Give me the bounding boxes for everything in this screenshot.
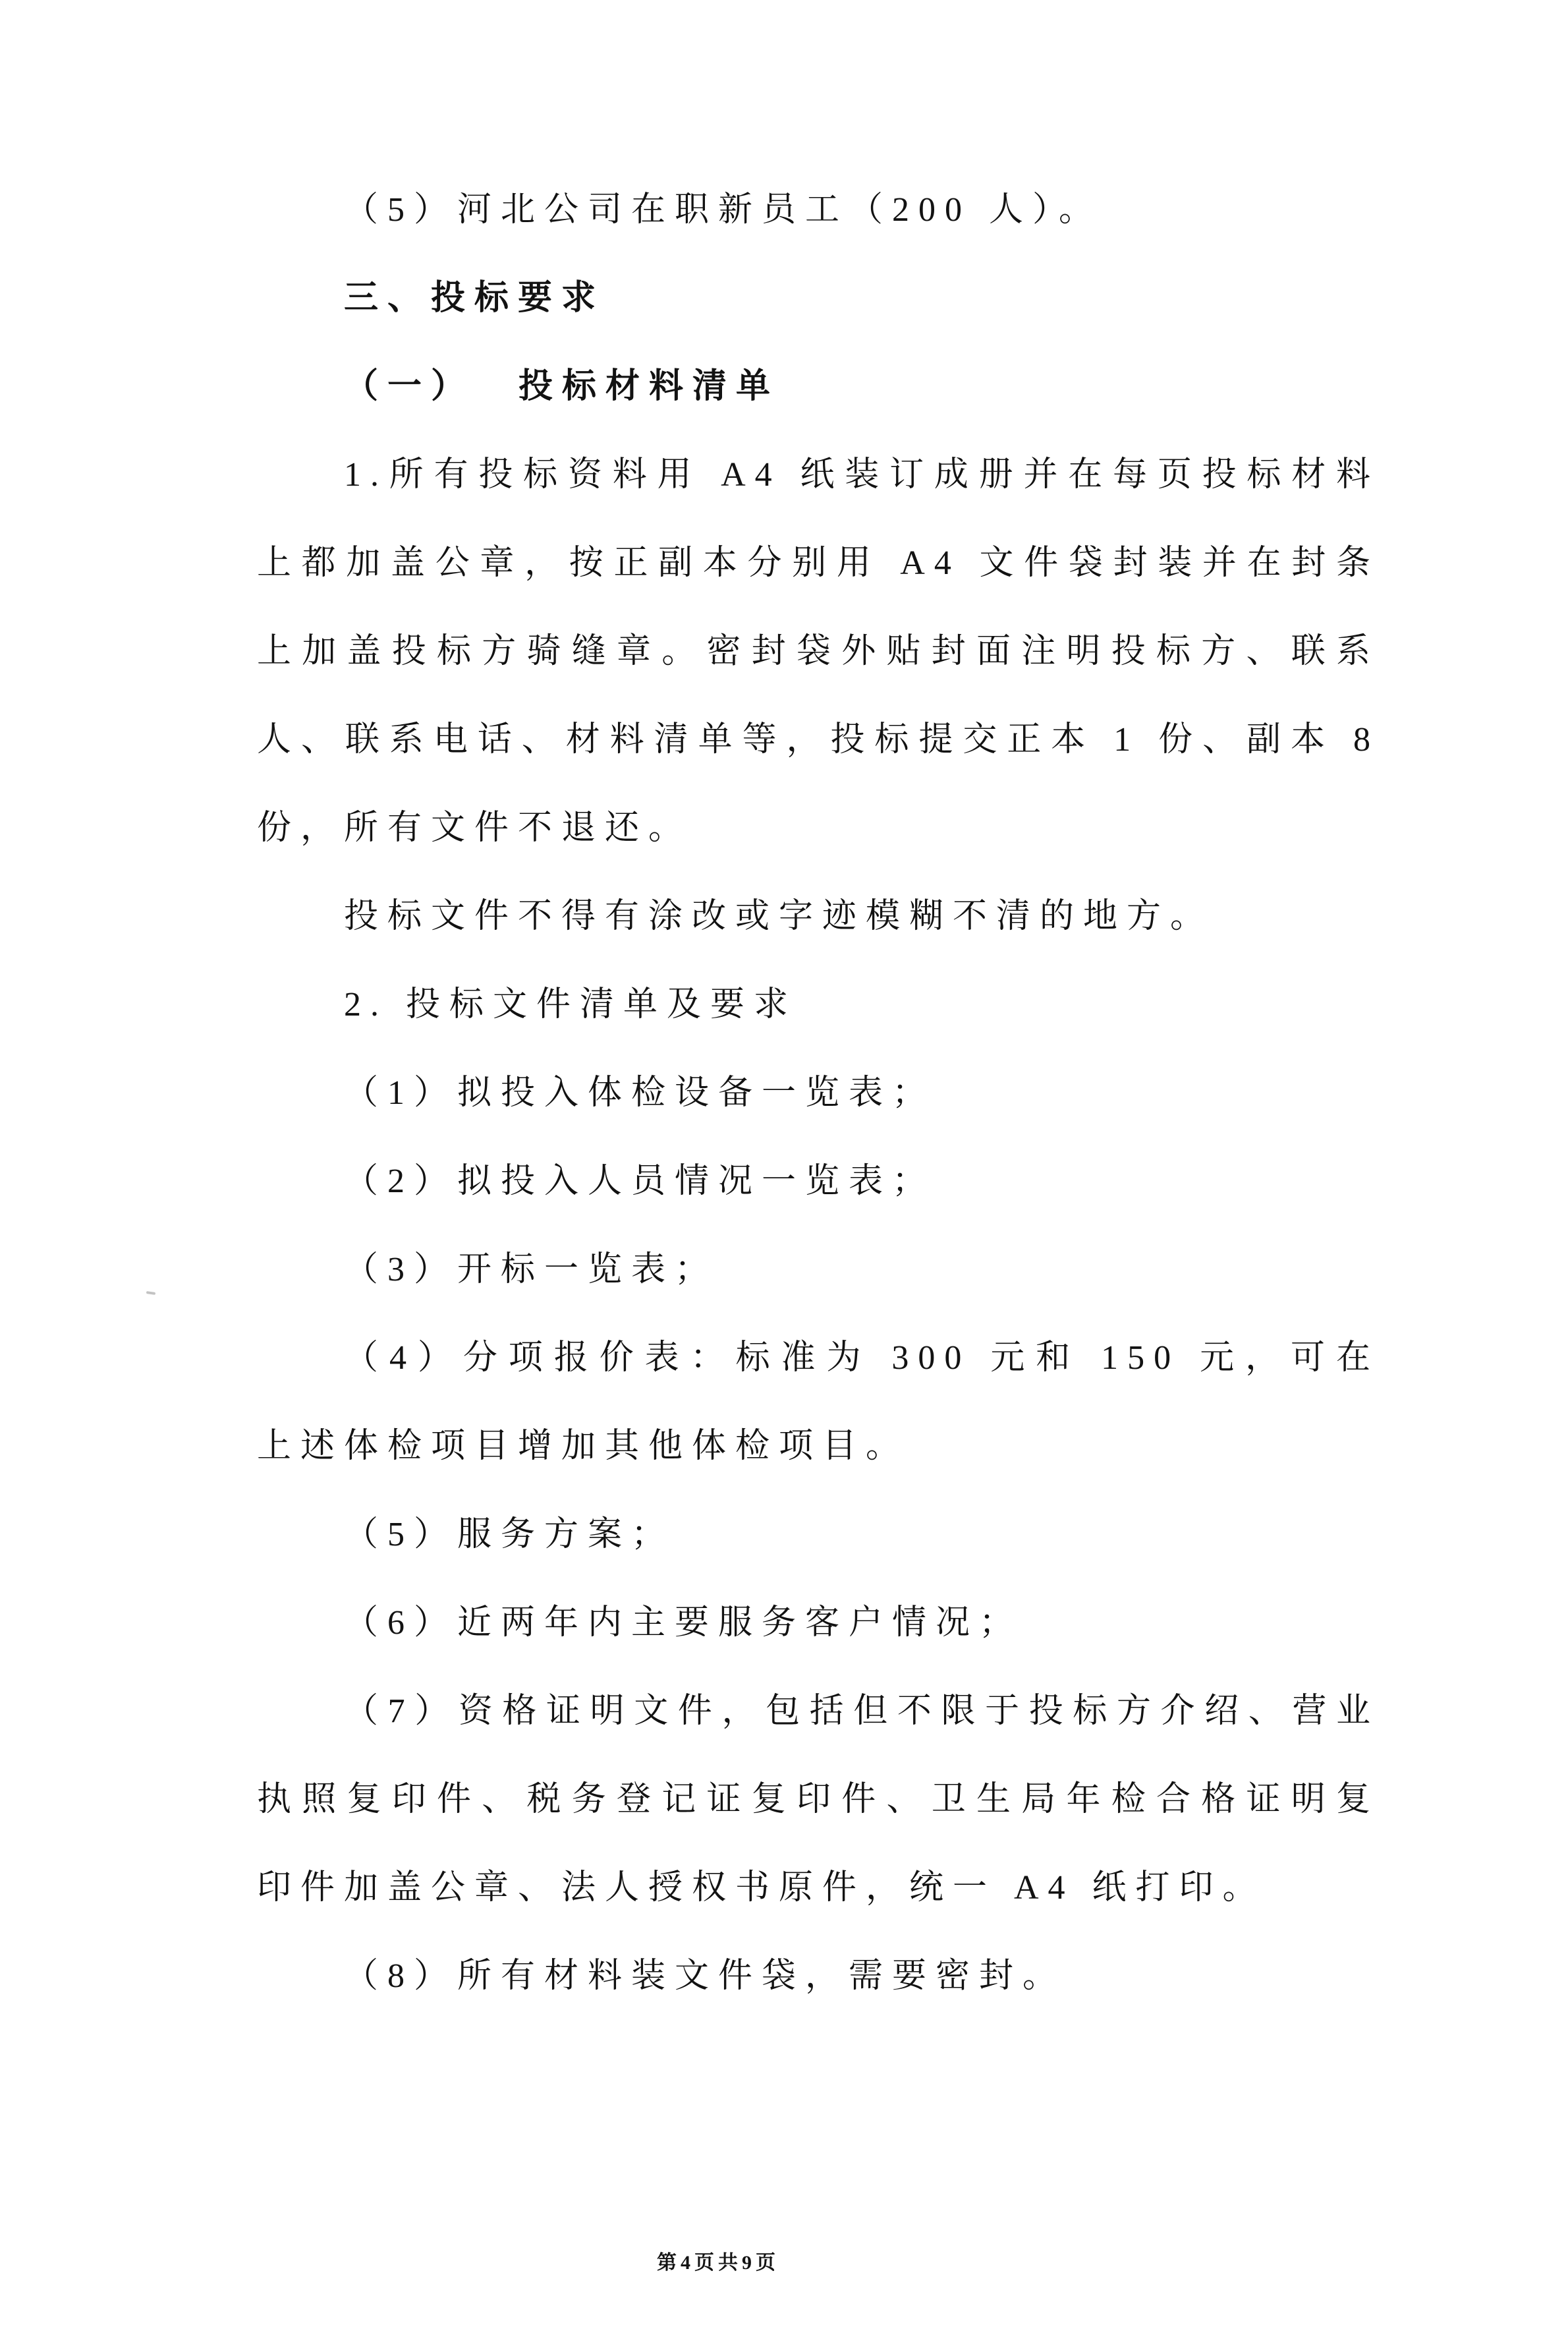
section-heading-bidding-requirements: 三、投标要求 — [257, 254, 1380, 343]
subsection-heading-bid-document-list: 2. 投标文件清单及要求 — [257, 961, 1380, 1049]
list-item-1-equipment-table: （1）拟投入体检设备一览表； — [257, 1049, 1380, 1137]
page-number-footer: 第4页共9页 — [0, 2249, 1436, 2278]
list-item-6-recent-clients: （6）近两年内主要服务客户情况； — [257, 1579, 1380, 1667]
document-body: （5）河北公司在职新员工（200 人）。 三、投标要求 （一） 投标材料清单 1… — [257, 166, 1380, 2021]
document-page: （5）河北公司在职新员工（200 人）。 三、投标要求 （一） 投标材料清单 1… — [0, 0, 1568, 2329]
paragraph-no-alteration-rule: 投标文件不得有涂改或字迹模糊不清的地方。 — [257, 873, 1380, 961]
list-item-2-personnel-table: （2）拟投入人员情况一览表； — [257, 1137, 1380, 1226]
scan-artifact — [146, 1291, 155, 1295]
list-item-3-bid-opening-table: （3）开标一览表； — [257, 1226, 1380, 1314]
list-item-7-qualification-documents: （7）资格证明文件，包括但不限于投标方介绍、营业执照复印件、税务登记证复印件、卫… — [257, 1667, 1380, 1932]
subsection-heading-bid-material-list: （一） 投标材料清单 — [257, 343, 1380, 431]
list-item-5-service-plan: （5）服务方案； — [257, 1491, 1380, 1579]
paragraph-binding-and-sealing-rules: 1.所有投标资料用 A4 纸装订成册并在每页投标材料上都加盖公章，按正副本分别用… — [257, 431, 1380, 873]
list-item-4-itemized-quotation: （4）分项报价表：标准为 300 元和 150 元，可在上述体检项目增加其他体检… — [257, 1314, 1380, 1491]
list-item-8-sealed-envelope: （8）所有材料装文件袋，需要密封。 — [257, 1932, 1380, 2021]
list-item-prev-section-5: （5）河北公司在职新员工（200 人）。 — [257, 166, 1380, 254]
